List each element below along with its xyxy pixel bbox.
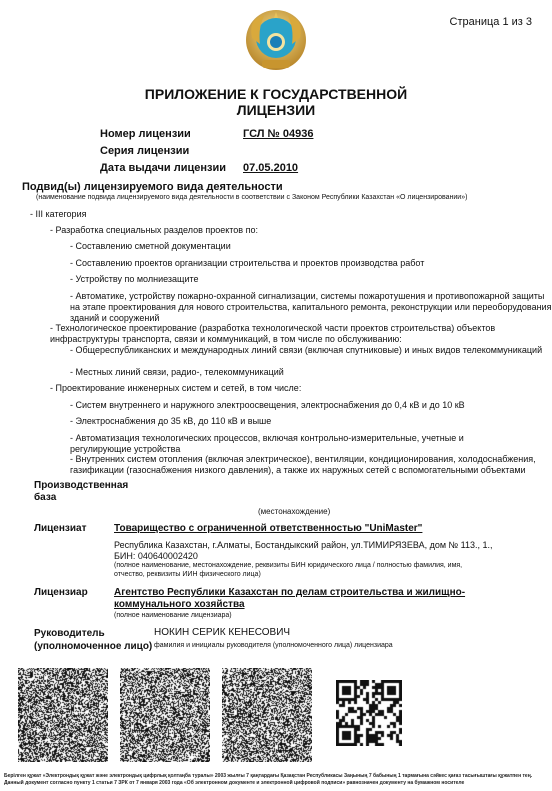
footer-line-2: Данный документ согласно пункту 1 статьи… bbox=[4, 780, 532, 787]
footer-note: Берілген құжат «Электрондық құжат және э… bbox=[4, 773, 532, 787]
licensor-name: Агентство Республики Казахстан по делам … bbox=[114, 587, 494, 611]
page-title: ПРИЛОЖЕНИЕ К ГОСУДАРСТВЕННОЙ ЛИЦЕНЗИИ bbox=[0, 86, 552, 118]
head-label-line-2: (уполномоченное лицо) bbox=[34, 640, 152, 653]
licensor-caption: (полное наименование лицензиара) bbox=[114, 611, 232, 620]
license-series-label: Серия лицензии bbox=[100, 145, 189, 157]
footer-line-1: Берілген құжат «Электрондық құжат және э… bbox=[4, 773, 532, 780]
barcode-image bbox=[18, 668, 108, 762]
qr-code-image bbox=[336, 680, 402, 746]
list-item: - Систем внутреннего и наружного электро… bbox=[70, 400, 550, 411]
license-number-label: Номер лицензии bbox=[100, 128, 191, 140]
group-title: - Технологическое проектирование (разраб… bbox=[50, 323, 510, 345]
head-caption: фамилия и инициалы руководителя (уполном… bbox=[154, 641, 393, 650]
location-caption: (местонахождение) bbox=[258, 507, 330, 516]
barcode-image bbox=[120, 668, 210, 762]
license-date-label: Дата выдачи лицензии bbox=[100, 162, 226, 174]
list-item: - Местных линий связи, радио-, телекомму… bbox=[70, 367, 550, 378]
category: - III категория bbox=[30, 209, 86, 220]
list-item: - Автоматике, устройству пожарно-охранно… bbox=[70, 291, 552, 324]
head-label: Руководитель (уполномоченное лицо) bbox=[34, 627, 152, 653]
list-item: - Автоматизация технологических процессо… bbox=[70, 433, 510, 455]
list-item: - Составлению сметной документации bbox=[70, 241, 550, 252]
state-emblem-icon bbox=[244, 8, 308, 76]
barcode-image bbox=[222, 668, 312, 762]
licensee-caption: (полное наименование, местонахождение, р… bbox=[114, 561, 494, 579]
licensor-label: Лицензиар bbox=[34, 587, 88, 598]
activity-title: Подвид(ы) лицензируемого вида деятельнос… bbox=[22, 181, 283, 193]
licensee-name: Товарищество с ограниченной ответственно… bbox=[114, 523, 422, 534]
list-item: - Устройству по молниезащите bbox=[70, 274, 550, 285]
list-item: - Электроснабжения до 35 кВ, до 110 кВ и… bbox=[70, 416, 550, 427]
head-name: НОКИН СЕРИК КЕНЕСОВИЧ bbox=[154, 627, 290, 638]
title-line-2: ЛИЦЕНЗИИ bbox=[0, 102, 552, 118]
licensee-address: Республика Казахстан, г.Алматы, Бостанды… bbox=[114, 540, 514, 562]
licensee-label: Лицензиат bbox=[34, 523, 87, 534]
title-line-1: ПРИЛОЖЕНИЕ К ГОСУДАРСТВЕННОЙ bbox=[0, 86, 552, 102]
license-number-value: ГСЛ № 04936 bbox=[243, 128, 313, 140]
production-base-label: Производственная база bbox=[34, 480, 106, 504]
group-title: - Проектирование инженерных систем и сет… bbox=[50, 383, 530, 394]
head-label-line-1: Руководитель bbox=[34, 627, 152, 640]
page-number: Страница 1 из 3 bbox=[450, 16, 532, 28]
list-item: - Внутренних систем отопления (включая э… bbox=[70, 454, 540, 476]
list-item: - Составлению проектов организации строи… bbox=[70, 258, 550, 269]
group-title: - Разработка специальных разделов проект… bbox=[50, 225, 550, 236]
license-date-value: 07.05.2010 bbox=[243, 162, 298, 174]
list-item: - Общереспубликанских и международных ли… bbox=[70, 345, 552, 356]
activity-subtitle: (наименование подвида лицензируемого вид… bbox=[36, 194, 467, 201]
